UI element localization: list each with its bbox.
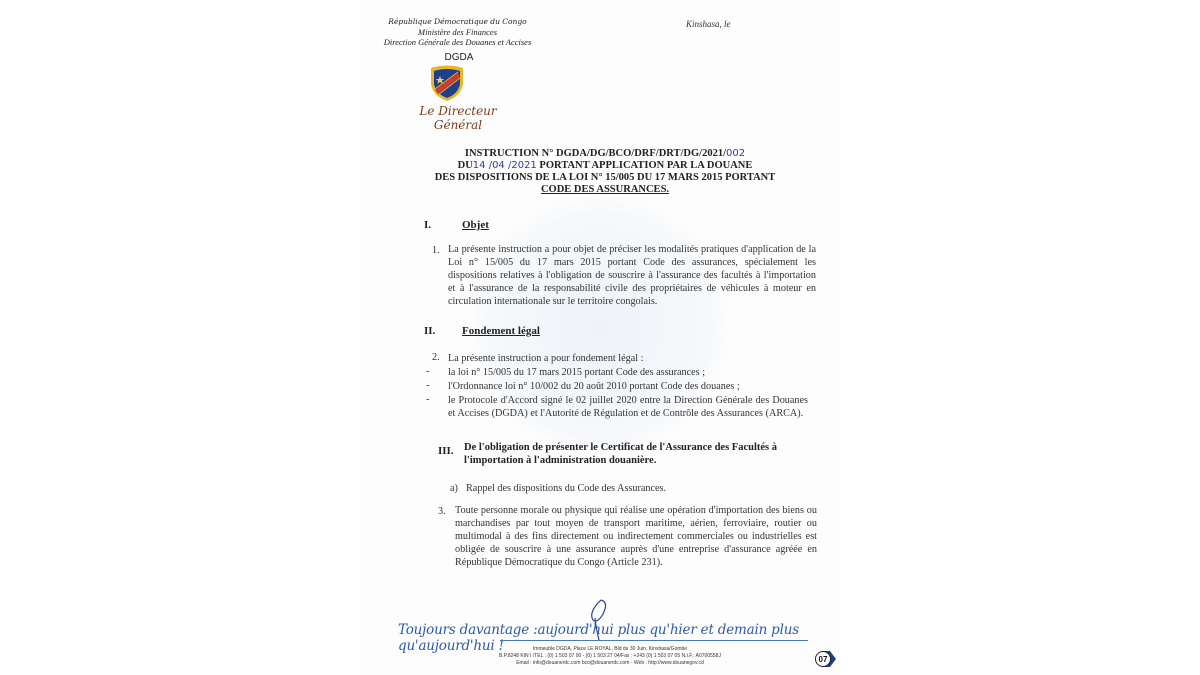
direction-name: Direction Générale des Douanes et Accise… xyxy=(360,37,555,47)
legal-basis-item: la loi n° 15/005 du 17 mars 2015 portant… xyxy=(448,366,808,379)
paragraph-1-number: 1. xyxy=(432,245,440,256)
title-line-1: INSTRUCTION N° DGDA/DG/BCO/DRF/DRT/DG/20… xyxy=(465,148,726,159)
legal-basis-item: l'Ordonnance loi n° 10/002 du 20 août 20… xyxy=(448,380,808,393)
section-2-heading: Fondement légal xyxy=(462,325,540,337)
section-2-numeral: II. xyxy=(424,325,435,337)
ministry-name: Ministère des Finances xyxy=(360,27,555,37)
place-date: Kinshasa, le xyxy=(686,19,731,29)
document-page: République Démocratique du Congo Ministè… xyxy=(360,0,840,675)
subsection-a-label: a) xyxy=(450,483,458,494)
title-line-2: PORTANT APPLICATION PAR LA DOUANE xyxy=(537,160,753,171)
section-1-heading: Objet xyxy=(462,219,489,231)
title-du: DU xyxy=(458,160,473,171)
instruction-title: INSTRUCTION N° DGDA/DG/BCO/DRF/DRT/DG/20… xyxy=(400,148,810,196)
dgda-acronym: DGDA xyxy=(424,52,494,63)
section-1-numeral: I. xyxy=(424,219,431,231)
legal-basis-item: le Protocole d'Accord signé le 02 juille… xyxy=(448,394,808,420)
footer-address: Immeuble DGDA, Place LE ROYAL, Bld du 30… xyxy=(480,646,740,653)
paragraph-1: La présente instruction a pour objet de … xyxy=(448,243,816,308)
letterhead: République Démocratique du Congo Ministè… xyxy=(360,17,555,47)
instruction-date: 14 /04 /2021 xyxy=(473,160,537,171)
title-line-3: DES DISPOSITIONS DE LA LOI N° 15/005 DU … xyxy=(400,172,810,184)
bullet-dash: - xyxy=(426,366,429,377)
page-number-badge: 07 xyxy=(814,650,836,668)
paragraph-3: Toute personne morale ou physique qui ré… xyxy=(455,504,817,569)
bullet-dash: - xyxy=(426,394,429,405)
page-number: 07 xyxy=(819,655,828,664)
signatory-title: Le Directeur Général xyxy=(398,104,518,132)
paragraph-2-intro: La présente instruction a pour fondement… xyxy=(448,352,808,365)
footer-contacts: B.P.8248 KIN I /TEL : (0) 1 503 07 00 - … xyxy=(470,653,750,660)
title-line-4: CODE DES ASSURANCES. xyxy=(400,184,810,196)
section-3-heading: De l'obligation de présenter le Certific… xyxy=(464,441,809,467)
bullet-dash: - xyxy=(426,380,429,391)
subsection-a-title: Rappel des dispositions du Code des Assu… xyxy=(466,482,786,495)
republic-name: République Démocratique du Congo xyxy=(360,17,555,27)
section-3-numeral: III. xyxy=(438,445,454,457)
paragraph-2-number: 2. xyxy=(432,352,440,363)
instruction-number: 002 xyxy=(726,148,745,159)
paragraph-3-number: 3. xyxy=(438,506,446,517)
motto-underline xyxy=(500,640,808,641)
footer-web: Email : info@douanerdc.com bco@douanerdc… xyxy=(480,660,740,667)
dgda-crest-icon xyxy=(427,64,467,102)
